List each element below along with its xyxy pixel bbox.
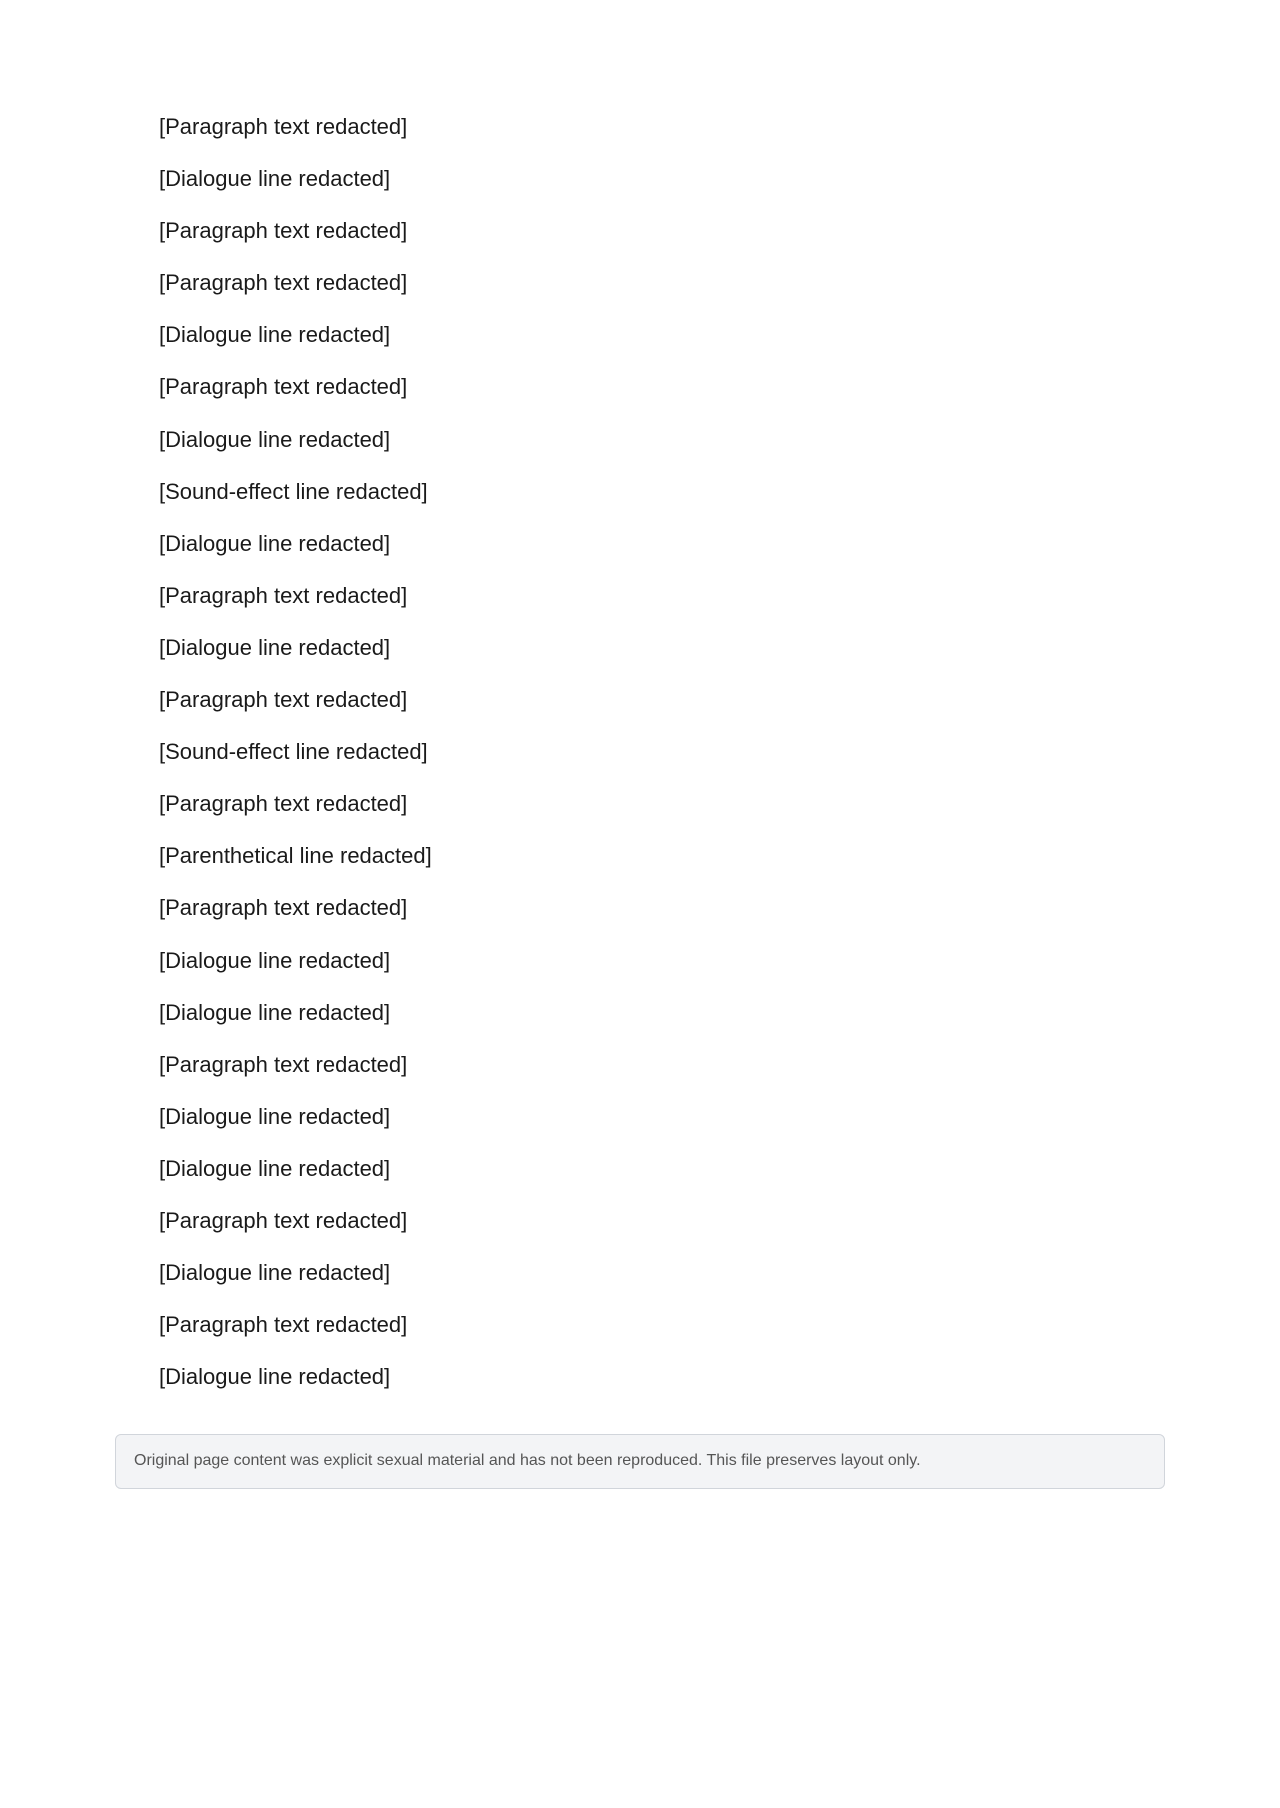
text-paragraph: [Paragraph text redacted] xyxy=(115,1308,1165,1342)
text-paragraph: [Parenthetical line redacted] xyxy=(115,839,1165,873)
text-paragraph: [Paragraph text redacted] xyxy=(115,1204,1165,1238)
text-paragraph: [Dialogue line redacted] xyxy=(115,162,1165,196)
text-paragraph: [Dialogue line redacted] xyxy=(115,1100,1165,1134)
text-paragraph: [Sound-effect line redacted] xyxy=(115,735,1165,769)
text-paragraph: [Paragraph text redacted] xyxy=(115,891,1165,925)
text-paragraph: [Sound-effect line redacted] xyxy=(115,475,1165,509)
text-paragraph: [Paragraph text redacted] xyxy=(115,787,1165,821)
document-page: [Paragraph text redacted][Dialogue line … xyxy=(0,0,1280,1808)
text-paragraph: [Paragraph text redacted] xyxy=(115,579,1165,613)
text-paragraph: [Dialogue line redacted] xyxy=(115,1152,1165,1186)
text-paragraph: [Paragraph text redacted] xyxy=(115,370,1165,404)
paragraph-container: [Paragraph text redacted][Dialogue line … xyxy=(115,110,1165,1394)
text-paragraph: [Paragraph text redacted] xyxy=(115,214,1165,248)
text-paragraph: [Dialogue line redacted] xyxy=(115,527,1165,561)
text-paragraph: [Paragraph text redacted] xyxy=(115,110,1165,144)
redaction-note: Original page content was explicit sexua… xyxy=(115,1434,1165,1489)
text-paragraph: [Dialogue line redacted] xyxy=(115,318,1165,352)
text-paragraph: [Paragraph text redacted] xyxy=(115,266,1165,300)
text-paragraph: [Paragraph text redacted] xyxy=(115,1048,1165,1082)
text-paragraph: [Dialogue line redacted] xyxy=(115,423,1165,457)
text-paragraph: [Dialogue line redacted] xyxy=(115,996,1165,1030)
text-paragraph: [Dialogue line redacted] xyxy=(115,1256,1165,1290)
text-paragraph: [Paragraph text redacted] xyxy=(115,683,1165,717)
text-paragraph: [Dialogue line redacted] xyxy=(115,944,1165,978)
text-paragraph: [Dialogue line redacted] xyxy=(115,1360,1165,1394)
text-paragraph: [Dialogue line redacted] xyxy=(115,631,1165,665)
